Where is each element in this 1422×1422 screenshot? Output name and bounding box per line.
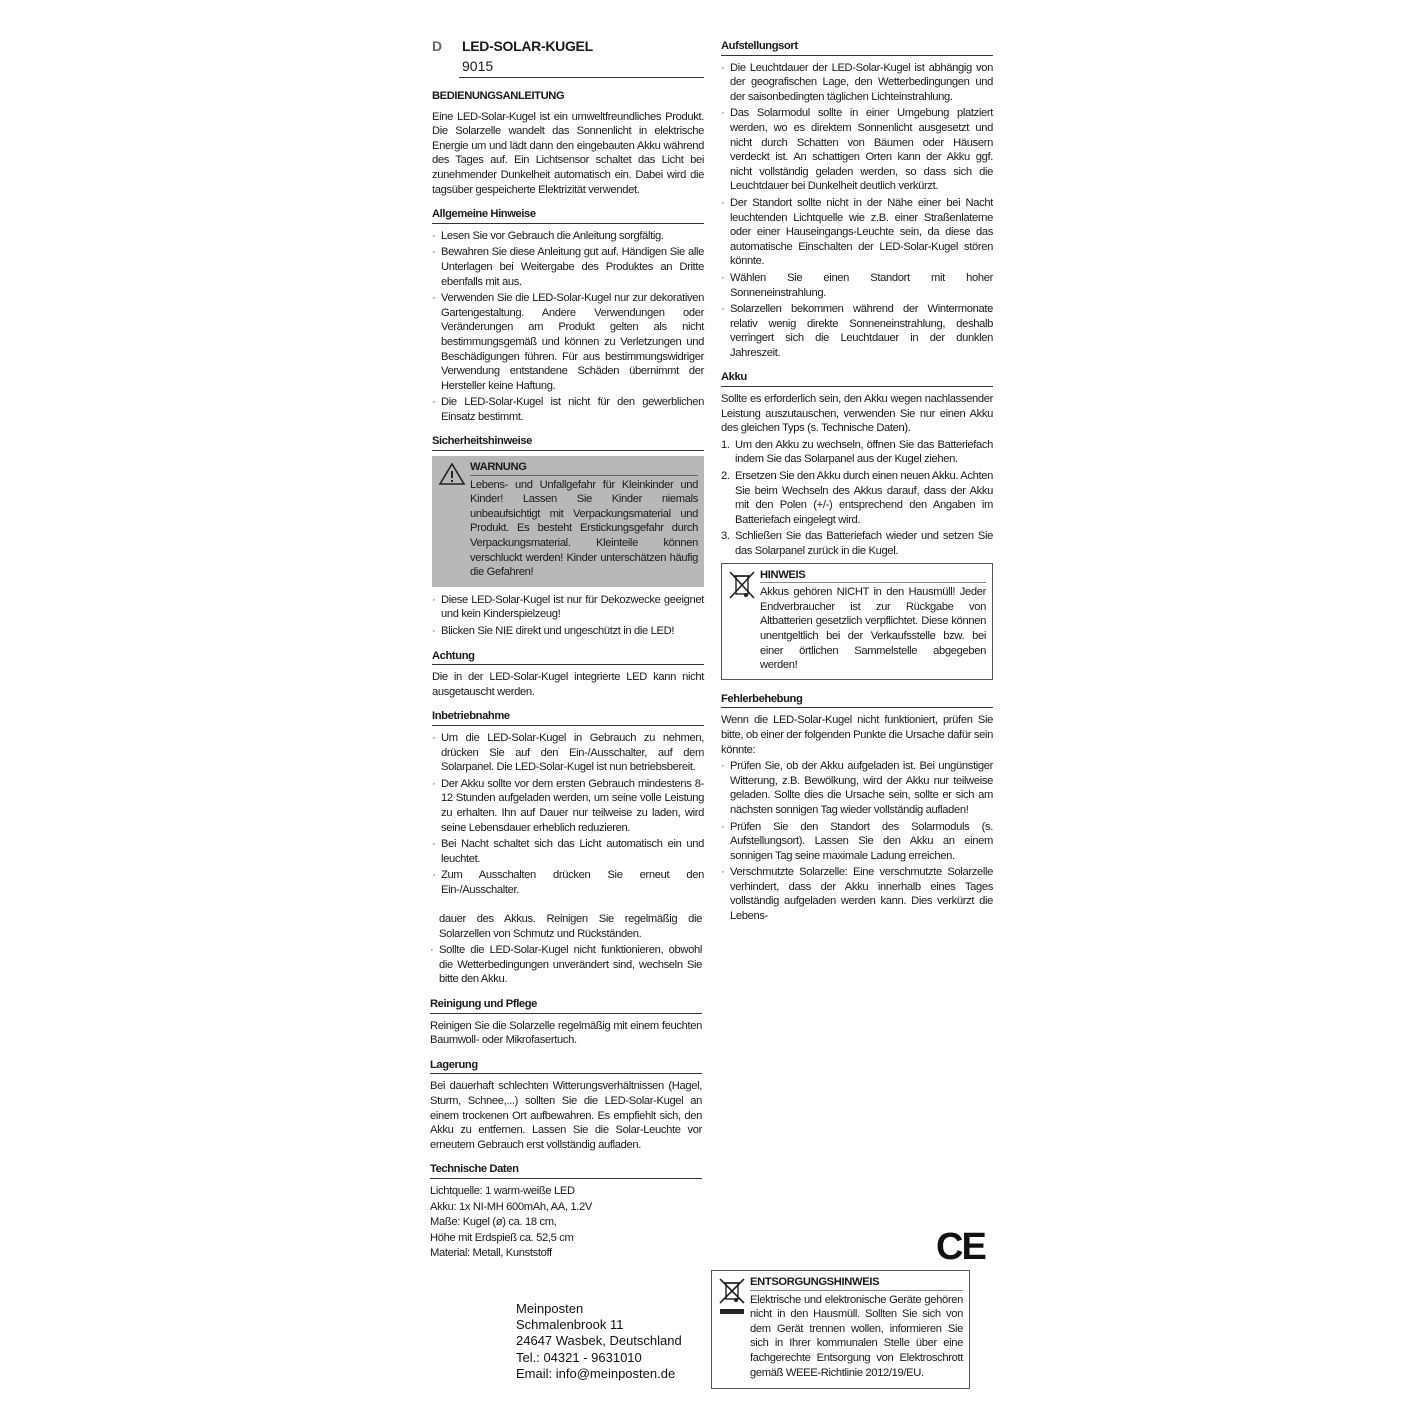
list-item: Diese LED-Solar-Kugel ist nur für Dekozw… [432,593,704,622]
list-item: Die LED-Solar-Kugel ist nicht für den ge… [432,395,704,424]
list-item: Wählen Sie einen Standort mit hoher Sonn… [721,271,993,300]
address-line: Email: info@meinposten.de [516,1366,682,1382]
crossed-bin-icon [728,570,756,602]
warning-title: WARNUNG [470,460,698,476]
list-item: Prüfen Sie, ob der Akku aufgeladen ist. … [721,759,993,817]
list-item: Bei Nacht schaltet sich das Licht automa… [432,837,704,866]
warning-text: Lebens- und Unfallgefahr für Kleinkinder… [470,478,698,580]
list-item: Der Standort sollte nicht in der Nähe ei… [721,196,993,269]
list-item: Blicken Sie NIE direkt und ungeschützt i… [432,624,704,639]
warning-box: WARNUNG Lebens- und Unfallgefahr für Kle… [432,456,704,587]
list-item: Verschmutzte Solarzelle: Eine verschmutz… [721,865,993,923]
continuation-text: dauer des Akkus. Reinigen Sie regelmäßig… [430,912,702,941]
step-text: Um den Akku zu wechseln, öffnen Sie das … [735,439,993,466]
attention-text: Die in der LED-Solar-Kugel integrierte L… [432,670,704,699]
battery-text: Sollte es erforderlich sein, den Akku we… [721,392,993,436]
section-heading-cleaning: Reinigung und Pflege [430,997,702,1014]
list-item: Der Akku sollte vor dem ersten Gebrauch … [432,777,704,835]
general-list: Lesen Sie vor Gebrauch die Anleitung sor… [432,229,704,425]
section-heading-intro: BEDIENUNGSANLEITUNG [432,89,704,105]
section-heading-troubleshooting: Fehlerbehebung [721,692,993,709]
right-column: Aufstellungsort Die Leuchtdauer der LED-… [721,39,993,926]
list-item: Zum Ausschalten drücken Sie erneut den E… [432,868,704,897]
warning-triangle-icon [438,462,466,486]
address-line: 24647 Wasbek, Deutschland [516,1333,682,1349]
lower-list: Sollte die LED-Solar-Kugel nicht funktio… [430,943,702,987]
section-heading-tech: Technische Daten [430,1162,702,1179]
list-item: Um die LED-Solar-Kugel in Gebrauch zu ne… [432,731,704,775]
left-column: BEDIENUNGSANLEITUNG Eine LED-Solar-Kugel… [432,89,704,900]
list-item: Die Leuchtdauer der LED-Solar-Kugel ist … [721,61,993,105]
step-item: 2.Ersetzen Sie den Akku durch einen neue… [721,469,993,527]
header-rule [459,77,704,78]
troubleshooting-text: Wenn die LED-Solar-Kugel nicht funktioni… [721,713,993,757]
step-number: 1. [721,438,730,453]
tech-line: Lichtquelle: 1 warm-weiße LED [430,1184,702,1199]
intro-text: Eine LED-Solar-Kugel ist ein umweltfreun… [432,110,704,198]
cleaning-text: Reinigen Sie die Solarzelle regelmäßig m… [430,1019,702,1048]
safety-list: Diese LED-Solar-Kugel ist nur für Dekozw… [432,593,704,639]
tech-line: Maße: Kugel (ø) ca. 18 cm, [430,1215,702,1230]
address-line: Meinposten [516,1301,682,1317]
note-box: HINWEIS Akkus gehören NICHT in den Hausm… [721,563,993,680]
section-heading-battery: Akku [721,370,993,387]
battery-steps: 1.Um den Akku zu wechseln, öffnen Sie da… [721,438,993,559]
disposal-text: Elektrische und elektronische Geräte geh… [750,1293,963,1381]
step-number: 2. [721,469,730,484]
step-text: Ersetzen Sie den Akku durch einen neuen … [735,470,993,526]
list-item: Verwenden Sie die LED-Solar-Kugel nur zu… [432,291,704,393]
list-item: Das Solarmodul sollte in einer Umgebung … [721,106,993,194]
step-item: 3.Schließen Sie das Batteriefach wieder … [721,529,993,558]
ce-mark-icon: CE [936,1226,985,1269]
note-title: HINWEIS [760,568,986,584]
section-heading-storage: Lagerung [430,1058,702,1075]
product-title: LED-SOLAR-KUGEL [462,38,593,54]
address-line: Schmalenbrook 11 [516,1317,682,1333]
lower-column: dauer des Akkus. Reinigen Sie regelmäßig… [430,912,702,1262]
storage-text: Bei dauerhaft schlechten Witterungsverhä… [430,1079,702,1152]
section-heading-location: Aufstellungsort [721,39,993,56]
address-line: Tel.: 04321 - 9631010 [516,1350,682,1366]
language-code: D [432,38,442,54]
troubleshooting-list: Prüfen Sie, ob der Akku aufgeladen ist. … [721,759,993,924]
disposal-title: ENTSORGUNGSHINWEIS [750,1275,963,1291]
list-item: Prüfen Sie den Standort des Solarmoduls … [721,820,993,864]
location-list: Die Leuchtdauer der LED-Solar-Kugel ist … [721,61,993,361]
company-address: Meinposten Schmalenbrook 11 24647 Wasbek… [516,1301,682,1382]
section-heading-startup: Inbetriebnahme [432,709,704,726]
disposal-box: ENTSORGUNGSHINWEIS Elektrische und elekt… [711,1270,970,1389]
list-item: Lesen Sie vor Gebrauch die Anleitung sor… [432,229,704,244]
step-text: Schließen Sie das Batteriefach wieder un… [735,530,993,557]
tech-line: Material: Metall, Kunststoff [430,1246,702,1261]
model-number: 9015 [462,58,493,74]
tech-line: Akku: 1x NI-MH 600mAh, AA, 1.2V [430,1200,702,1215]
startup-list: Um die LED-Solar-Kugel in Gebrauch zu ne… [432,731,704,898]
step-item: 1.Um den Akku zu wechseln, öffnen Sie da… [721,438,993,467]
tech-specs: Lichtquelle: 1 warm-weiße LED Akku: 1x N… [430,1184,702,1261]
step-number: 3. [721,529,730,544]
section-heading-attention: Achtung [432,649,704,666]
list-item: Bewahren Sie diese Anleitung gut auf. Hä… [432,245,704,289]
tech-line: Höhe mit Erdspieß ca. 52,5 cm [430,1231,702,1246]
section-heading-general: Allgemeine Hinweise [432,207,704,224]
section-heading-safety: Sicherheitshinweise [432,434,704,451]
note-text: Akkus gehören NICHT in den Hausmüll! Jed… [760,585,986,673]
list-item: Solarzellen bekommen während der Winterm… [721,302,993,360]
weee-bin-icon [718,1277,746,1309]
list-item: Sollte die LED-Solar-Kugel nicht funktio… [430,943,702,987]
disposal-notice: ENTSORGUNGSHINWEIS Elektrische und elekt… [711,1270,970,1389]
